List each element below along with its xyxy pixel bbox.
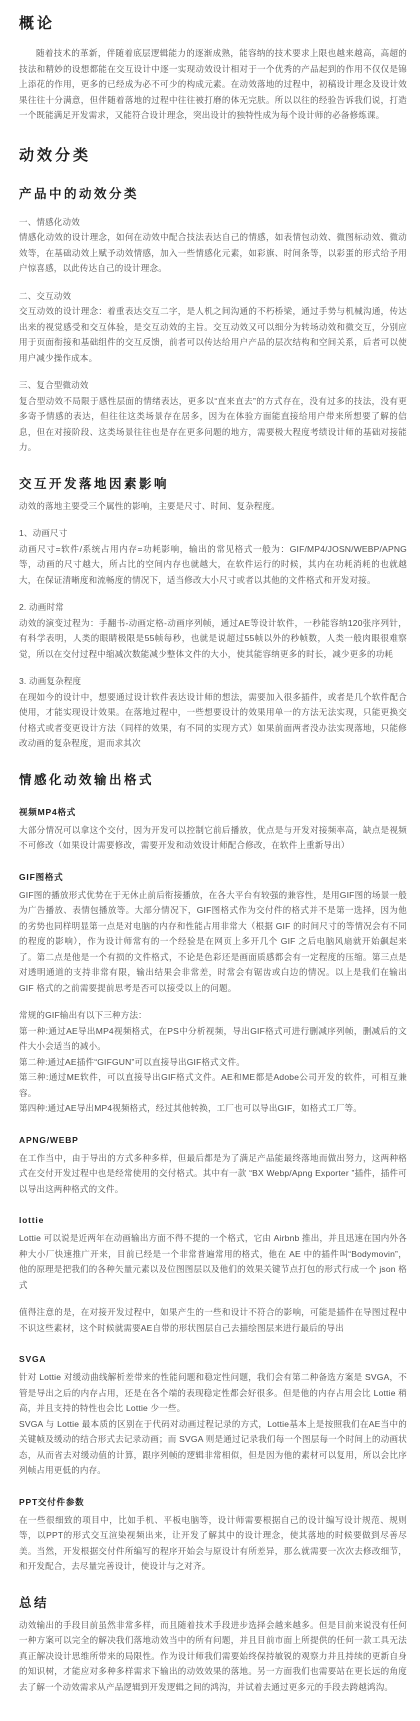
paragraph: GIF图的播放形式优势在于无休止前后衔接播放，在各大平台有较强的兼容性，是用GI…	[19, 888, 407, 997]
paragraph: 随着技术的革新，伴随着底层逻辑能力的逐渐成熟，能容纳的技术要求上限也越来越高，高…	[19, 46, 407, 124]
paragraph: 大部分情况可以拿这个交付，因为开发可以控制它前后播放，优点是与开发对接频率高，缺…	[19, 823, 407, 854]
paragraph: 在工作当中，由于导出的方式多种多样，但最后都是为了满足产品能最终落地而做出努力，…	[19, 1151, 407, 1198]
paragraph: 情感化动效的设计理念，如何在动效中配合技法表达自己的情感，如表情包动效、微图标动…	[19, 230, 407, 277]
paragraph: 值得注意的是，在对接开发过程中，如果产生的一些和设计不符合的影响，可能是插件在导…	[19, 1305, 407, 1336]
item-label: 1、动画尺寸	[19, 526, 407, 542]
item-label: 2. 动画时常	[19, 600, 407, 616]
paragraph: 第三种:通过ME软件，可以直接导出GIF格式文件。AE和ME都是Adobe公司开…	[19, 1070, 407, 1101]
format-title: 视频MP4格式	[19, 805, 407, 820]
paragraph: 第四种:通过AE导出MP4视频格式，经过其他转换，工厂也可以导出GIF，如格式工…	[19, 1101, 407, 1117]
paragraph: 常规的GIF输出有以下三种方法：	[19, 1008, 407, 1024]
subsection-title: 产品中的动效分类	[19, 186, 407, 203]
item-label: 二、交互动效	[19, 289, 407, 305]
format-title: APNG/WEBP	[19, 1133, 407, 1148]
paragraph: 在现如今的设计中，想要通过设计软件表达设计师的想法，需要加入很多插件，或者是几个…	[19, 690, 407, 752]
format-title: lottie	[19, 1213, 407, 1228]
format-title: PPT交付件参数	[19, 1495, 407, 1510]
subsection-title: 交互开发落地因素影响	[19, 476, 407, 493]
paragraph: 第二种:通过AE插件“GIFGUN”可以直接导出GIF格式文件。	[19, 1055, 407, 1071]
section-title: 概论	[19, 14, 407, 34]
section-title: 动效分类	[19, 146, 407, 166]
paragraph: 动效的演变过程为：手翻书-动画定格-动画序列帧，通过AE等设计软件，一秒能容纳1…	[19, 616, 407, 663]
subsection-title: 情感化动效输出格式	[19, 772, 407, 789]
item-label: 三、复合型微动效	[19, 378, 407, 394]
paragraph: SVGA 与 Lottie 最本质的区别在于代码对动画过程记录的方式，Lotti…	[19, 1417, 407, 1479]
item-label: 3. 动画复杂程度	[19, 674, 407, 690]
subsection-title: 总结	[19, 1595, 407, 1612]
paragraph: 针对 Lottie 对缓动曲线解析差带来的性能问题和稳定性问题，我们会有第二种备…	[19, 1370, 407, 1417]
paragraph: 交互动效的设计理念：着重表达交互二字，是人机之间沟通的不朽桥梁，通过手势与机械沟…	[19, 304, 407, 366]
paragraph: 动效的落地主要受三个属性的影响，主要是尺寸、时间、复杂程度。	[19, 499, 407, 515]
paragraph: 动效输出的手段目前虽然非常多样，而且随着技术手段进步选择会越来越多。但是目前来说…	[19, 1618, 407, 1696]
document-body: 概论随着技术的革新，伴随着底层逻辑能力的逐渐成熟，能容纳的技术要求上限也越来越高…	[0, 0, 420, 1721]
paragraph: 动画尺寸=软件/系统占用内存=功耗影响，输出的常见格式一般为：GIF/MP4/J…	[19, 542, 407, 589]
paragraph: 在一些很细致的项目中，比如手机、平板电脑等，设计师需要根据自己的设计编写设计规范…	[19, 1513, 407, 1575]
paragraph: 复合型动效不局限于感性层面的情绪表达，更多以“直来直去”的方式存在，没有过多的技…	[19, 394, 407, 456]
format-title: GIF图格式	[19, 870, 407, 885]
paragraph: 第一种:通过AE导出MP4视频格式，在PS中分析视频，导出GIF格式可进行删减序…	[19, 1024, 407, 1055]
item-label: 一、情感化动效	[19, 215, 407, 231]
format-title: SVGA	[19, 1352, 407, 1367]
paragraph: Lottie 可以说是近两年在动画输出方面不得不提的一个格式，它由 Airbnb…	[19, 1231, 407, 1293]
